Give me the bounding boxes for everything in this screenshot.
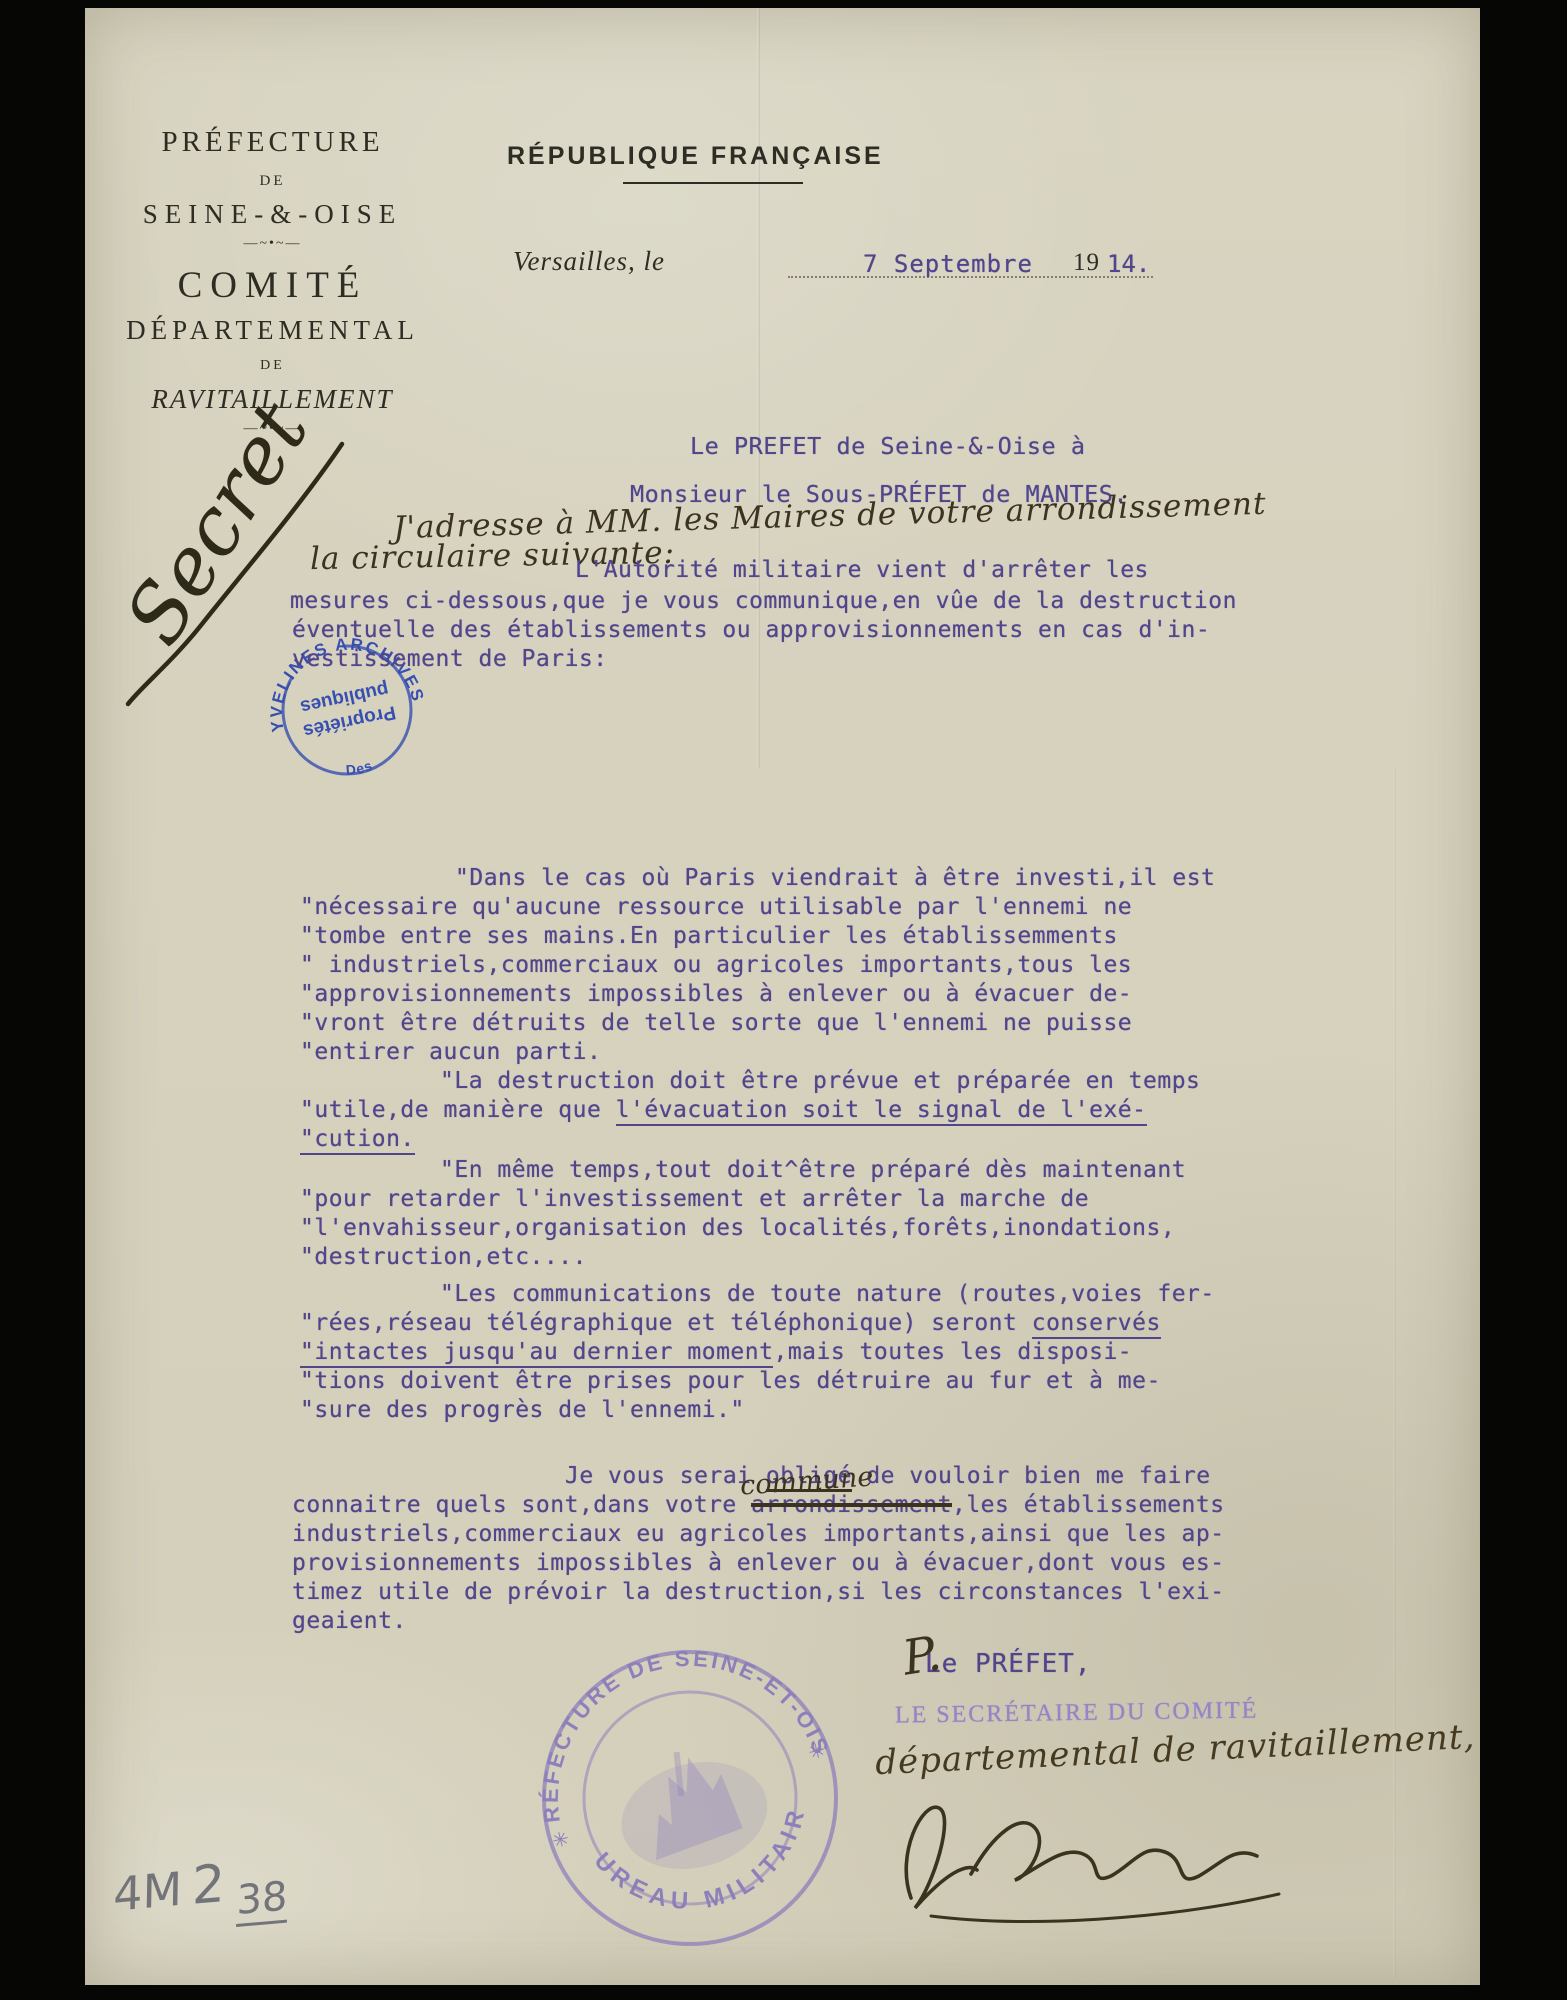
typed-line: timez utile de prévoir la destruction,si… — [292, 1579, 1225, 1605]
typed-line: "entirer aucun parti. — [300, 1039, 601, 1065]
typed-line: "destruction,etc.... — [300, 1244, 587, 1270]
paper-sheet: PRÉFECTURE DE SEINE-&-OISE —~•~— COMITÉ … — [85, 8, 1480, 1985]
typed-line: "approvisionnements impossibles à enleve… — [300, 981, 1132, 1007]
typed-line: "intactes jusqu'au dernier moment,mais t… — [300, 1339, 1132, 1365]
typed-line: "nécessaire qu'aucune ressource utilisab… — [300, 894, 1132, 920]
signature — [875, 1770, 1335, 1940]
typed-line: L'Autorité militaire vient d'arrêter les — [575, 557, 1149, 583]
cote-part3: 38 — [236, 1873, 288, 1927]
typed-line: "sure des progrès de l'ennemi." — [300, 1397, 745, 1423]
typed-line: éventuelle des établissements ou approvi… — [292, 617, 1210, 643]
closing-le-prefet: Le PRÉFET, — [925, 1649, 1092, 1679]
typed-line: "rées,réseau télégraphique et téléphoniq… — [300, 1310, 1161, 1336]
cote-part2: 2 — [191, 1854, 225, 1917]
typed-line: geaient. — [292, 1608, 407, 1634]
typed-line: "utile,de manière que l'évacuation soit … — [300, 1097, 1147, 1123]
typed-line: "vront être détruits de telle sorte que … — [300, 1010, 1132, 1036]
typed-line: "En même temps,tout doit^être préparé dè… — [440, 1157, 1186, 1183]
secretaire-stamp-text: LE SECRÉTAIRE DU COMITÉ — [895, 1697, 1259, 1729]
bureau-stamp-emblem — [607, 1733, 779, 1883]
typed-line: "Dans le cas où Paris viendrait à être i… — [455, 865, 1215, 891]
typed-line: "Les communications de toute nature (rou… — [440, 1281, 1215, 1307]
typed-line: "l'envahisseur,organisation des localité… — [300, 1215, 1175, 1241]
cote-part1: 4M — [113, 1861, 183, 1921]
typed-line: provisionnements impossibles à enlever o… — [292, 1550, 1225, 1576]
typed-line: " industriels,commerciaux ou agricoles i… — [300, 952, 1132, 978]
typed-line: "cution. — [300, 1126, 415, 1152]
typed-line: "La destruction doit être prévue et prép… — [440, 1068, 1200, 1094]
typed-line: vestissement de Paris: — [292, 646, 608, 672]
typed-line: Je vous serai obligé de vouloir bien me … — [565, 1463, 1211, 1489]
typed-line: "pour retarder l'investissement et arrêt… — [300, 1186, 1089, 1212]
typed-line: mesures ci-dessous,que je vous communiqu… — [290, 588, 1237, 614]
typed-line: industriels,commerciaux eu agricoles imp… — [292, 1521, 1225, 1547]
scanned-letter-page: PRÉFECTURE DE SEINE-&-OISE —~•~— COMITÉ … — [0, 0, 1567, 2000]
typed-line: "tions doivent être prises pour les détr… — [300, 1368, 1161, 1394]
typed-line: "tombe entre ses mains.En particulier le… — [300, 923, 1118, 949]
